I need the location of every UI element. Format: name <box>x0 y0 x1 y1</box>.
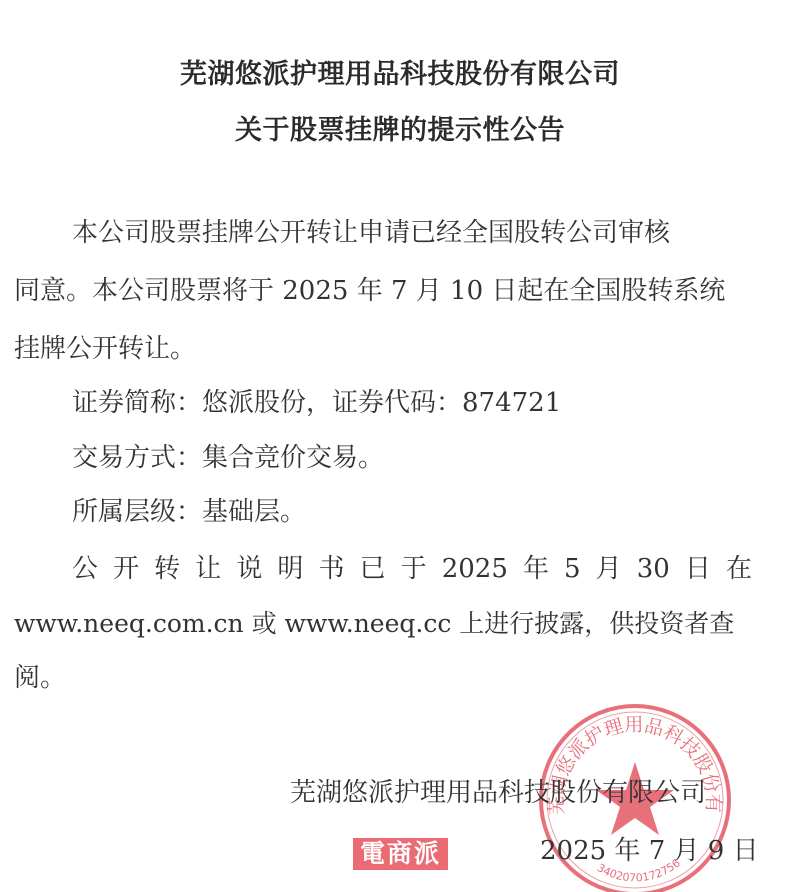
paragraph2-line1-token: 转 <box>154 554 180 584</box>
watermark-logo: 電商派 <box>353 838 448 870</box>
paragraph2-line1-token: 书 <box>318 554 344 584</box>
paragraph2-line1-token: 让 <box>195 554 221 584</box>
paragraph2-line1-token: 月 <box>596 554 622 584</box>
paragraph1-line2: 同意。本公司股票将于 2025 年 7 月 10 日起在全国股转系统 <box>14 276 754 306</box>
document-title-subject: 关于股票挂牌的提示性公告 <box>0 108 800 147</box>
paragraph2-line1-token: 5 <box>564 554 581 584</box>
paragraph2-line1-token: 公 <box>72 554 98 584</box>
paragraph2-line1-token: 说 <box>236 554 262 584</box>
trading-method: 交易方式：集合竞价交易。 <box>72 443 800 473</box>
paragraph2-line1-token: 开 <box>113 554 139 584</box>
paragraph1-line3: 挂牌公开转让。 <box>14 334 754 364</box>
paragraph2-line1-token: 日 <box>685 554 711 584</box>
signature-company: 芜湖悠派护理用品科技股份有限公司 <box>290 772 706 809</box>
paragraph2-line1-token: 在 <box>726 554 752 584</box>
security-info: 证券简称：悠派股份，证券代码：874721 <box>72 388 800 418</box>
paragraph2-line1-token: 已 <box>360 554 386 584</box>
paragraph2-line1-token: 明 <box>277 554 303 584</box>
paragraph2-line2: www.neeq.com.cn 或 www.neeq.cc 上进行披露，供投资者… <box>14 609 754 639</box>
paragraph2-line3: 阅。 <box>14 663 754 693</box>
paragraph2-line1-token: 30 <box>637 554 670 584</box>
paragraph1-line1: 本公司股票挂牌公开转让申请已经全国股转公司审核 <box>72 218 800 248</box>
signature-date: 2025 年 7 月 9 日 <box>540 830 759 867</box>
document-title-company: 芜湖悠派护理用品科技股份有限公司 <box>0 52 800 91</box>
paragraph2-line1-token: 2025 <box>442 554 508 584</box>
paragraph2-line1-token: 年 <box>523 554 549 584</box>
paragraph2-line1-token: 于 <box>401 554 427 584</box>
paragraph2-line1: 公开转让说明书已于2025年5月30日在 <box>72 554 752 584</box>
market-tier: 所属层级：基础层。 <box>72 497 800 527</box>
